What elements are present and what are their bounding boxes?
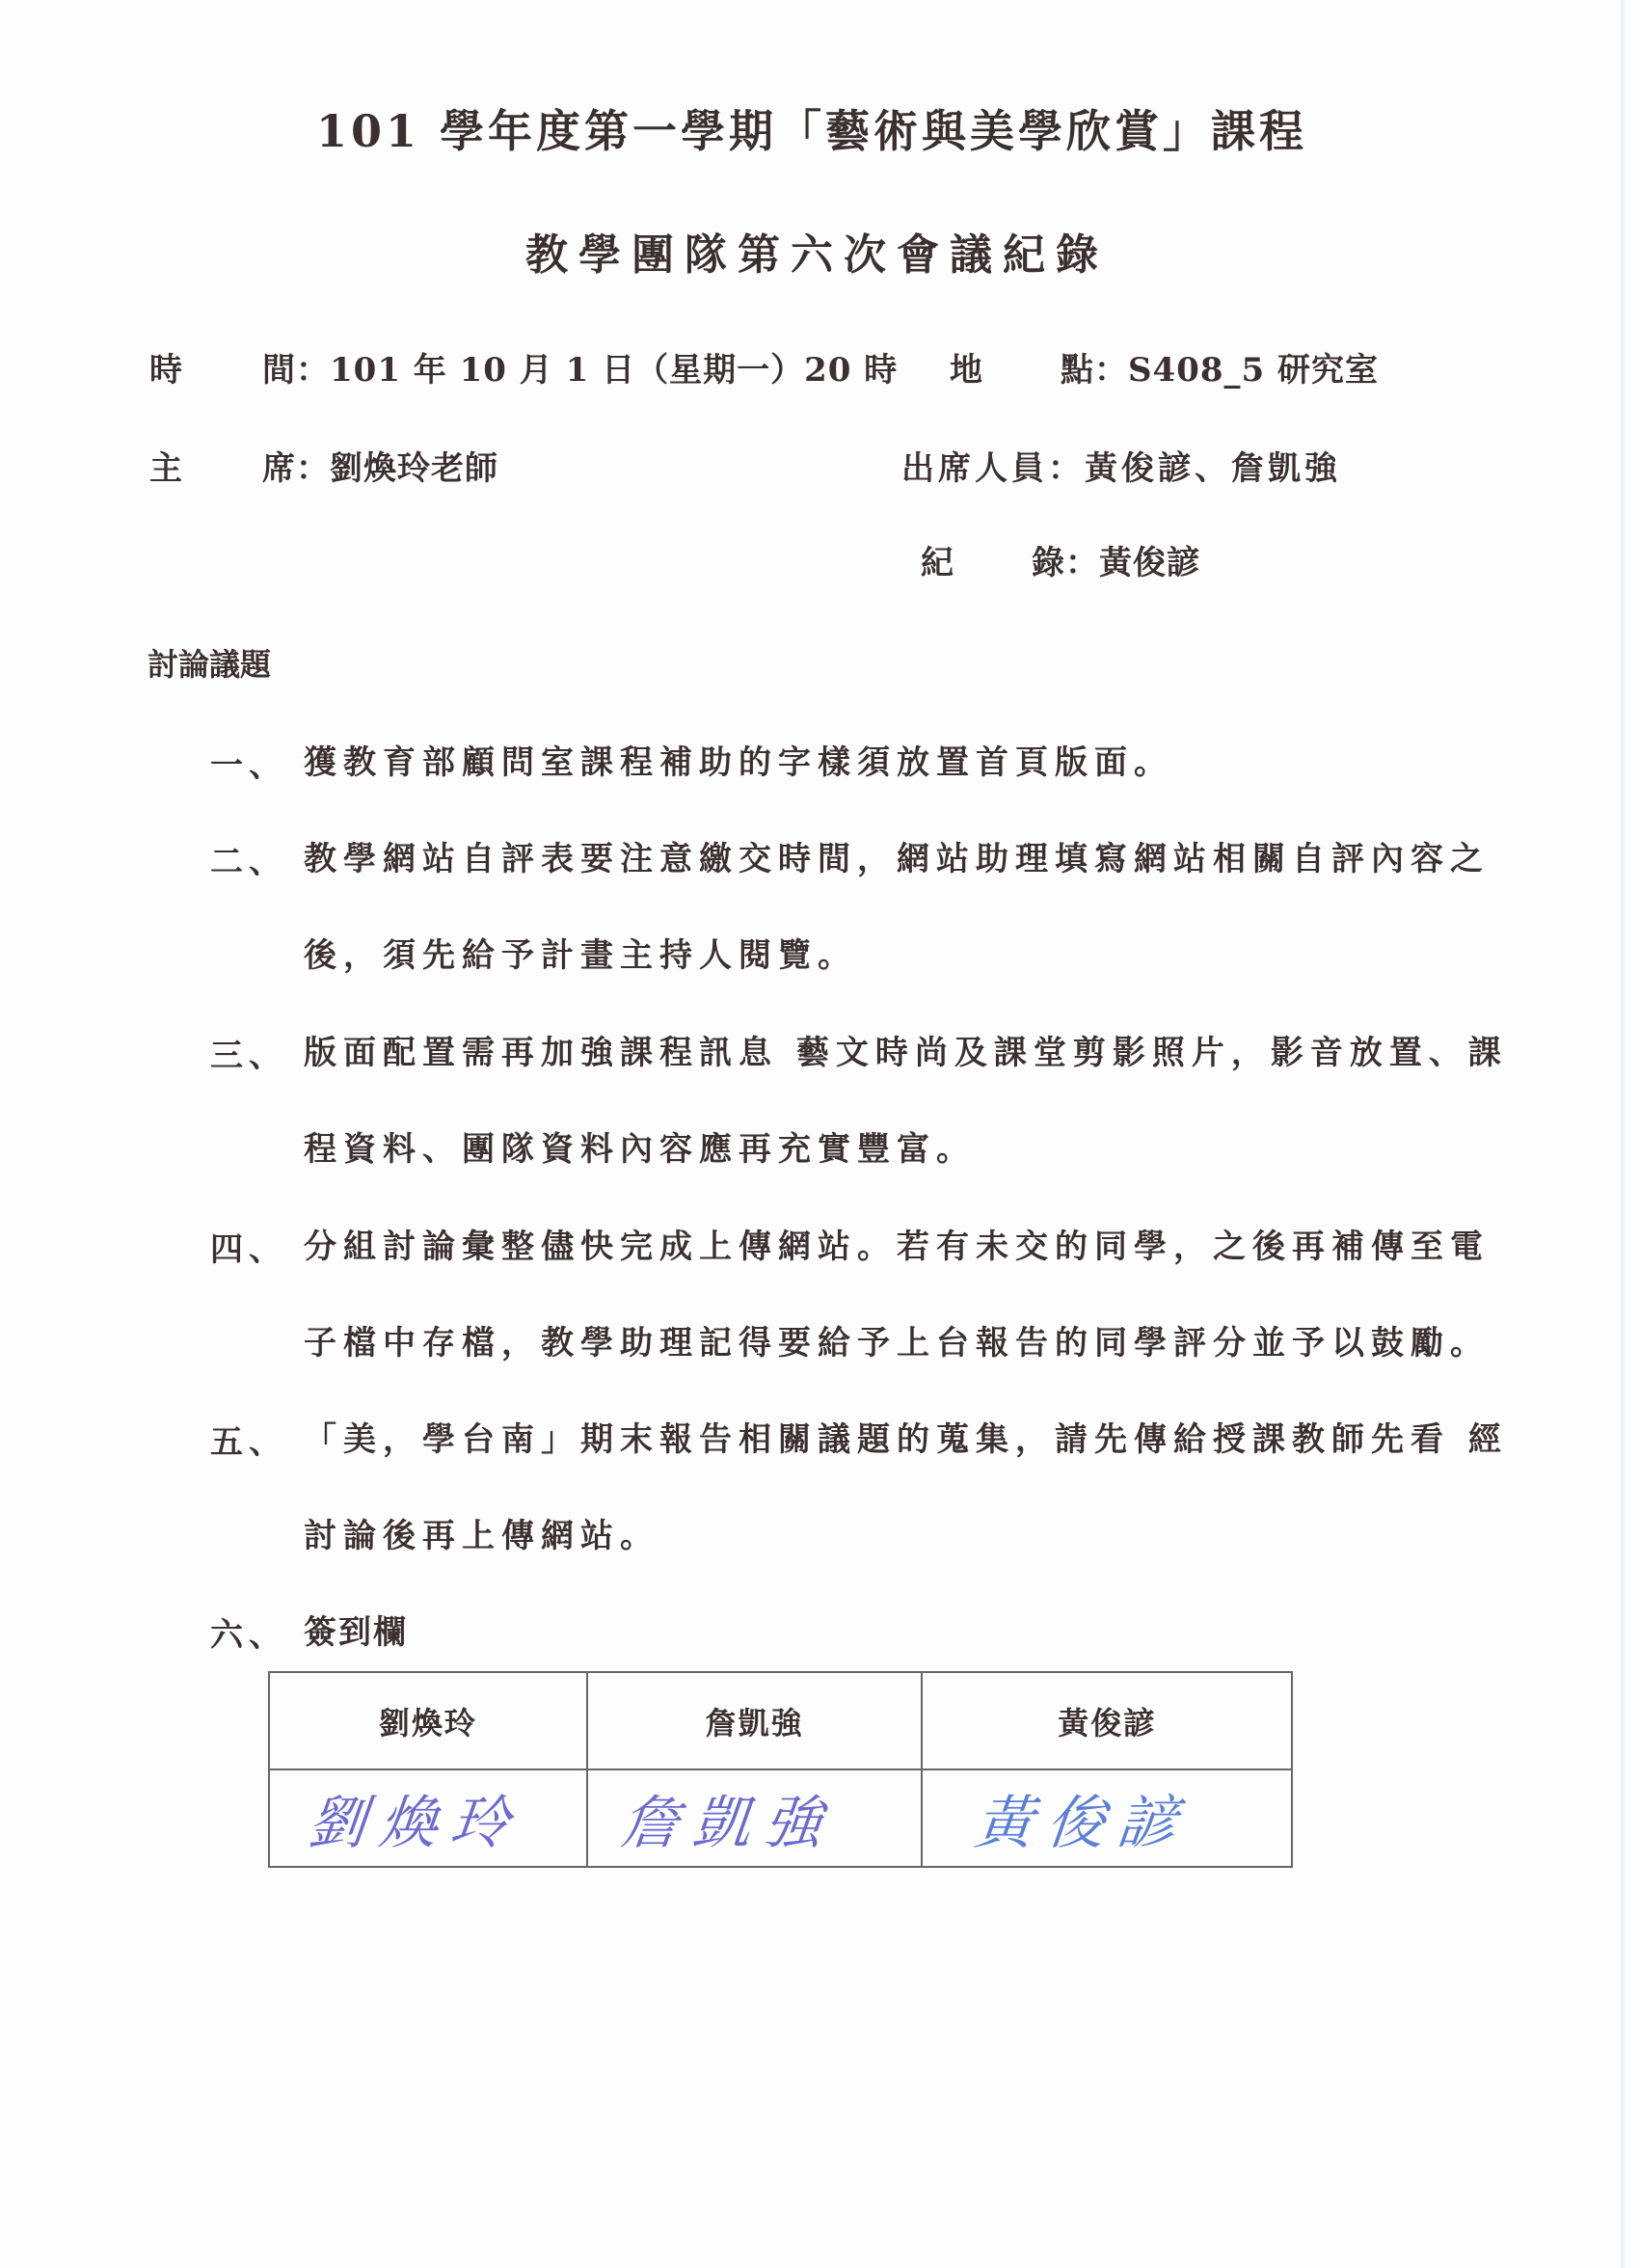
document-subtitle: 教學團隊第六次會議紀錄 (525, 220, 1109, 282)
item-number: 一、 (210, 739, 287, 786)
item-number: 三、 (210, 1029, 287, 1076)
item-text: 教學網站自評表要注意繳交時間，網站助理填寫網站相關自評內容之 後，須先給予計畫主… (304, 835, 1490, 1028)
handwritten-signature: 詹凱強 (617, 1777, 840, 1860)
item-text: 分組討論彙整儘快完成上傳網站。若有未交的同學，之後再補傳至電 子檔中存檔，教學助… (304, 1223, 1490, 1416)
chair-label-char-1: 主 (149, 442, 183, 489)
chair-label-char-2: 席：劉煥玲老師 (262, 442, 498, 489)
place-value: S408_5 研究室 (1128, 351, 1379, 390)
signin-table: 劉煥玲 詹凱強 黃俊諺 劉煥玲 詹凱強 黃俊諺 (268, 1671, 1293, 1868)
item-number: 四、 (210, 1223, 287, 1270)
recorder-value: 黃俊諺 (1099, 544, 1200, 582)
signature-cell: 劉煥玲 (269, 1769, 587, 1867)
signin-table-signature-row: 劉煥玲 詹凱強 黃俊諺 (269, 1769, 1292, 1867)
item-text: 獲教育部顧問室課程補助的字樣須放置首頁版面。 (304, 739, 1173, 835)
meta-place: 地 點：S408_5 研究室 (950, 343, 1528, 386)
item-text: 版面配置需再加強課程訊息 藝文時尚及課堂剪影照片，影音放置、課 程資料、團隊資料… (304, 1029, 1508, 1222)
meta-time: 時 間：101 年 10 月 1 日（星期一）20 時 (149, 343, 921, 386)
document-title: 101 學年度第一學期「藝術與美學欣賞」課程 (316, 96, 1307, 160)
time-label-char-2: 間：101 年 10 月 1 日（星期一）20 時 (262, 343, 898, 391)
time-label-char-1: 時 (149, 343, 183, 391)
handwritten-signature: 黃俊諺 (972, 1777, 1195, 1860)
handwritten-signature: 劉煥玲 (304, 1777, 526, 1860)
item-number: 五、 (210, 1416, 287, 1463)
signin-table-header-row: 劉煥玲 詹凱強 黃俊諺 (269, 1672, 1292, 1769)
item-text: 「美，學台南」期末報告相關議題的蒐集，請先傳給授課教師先看 經 討論後再上傳網站… (304, 1416, 1508, 1608)
signature-cell: 詹凱強 (587, 1769, 923, 1867)
signature-cell: 黃俊諺 (922, 1769, 1292, 1867)
meta-attendees: 出席人員：黃俊諺、詹凱強 (901, 442, 1341, 489)
item-number: 二、 (210, 835, 287, 882)
time-value: 101 年 10 月 1 日（星期一）20 時 (330, 351, 898, 390)
meta-recorder: 紀 錄：黃俊諺 (921, 536, 1499, 579)
place-label-char-1: 地 (950, 343, 983, 391)
discussion-heading: 討論議題 (148, 640, 271, 685)
signin-header-cell: 詹凱強 (587, 1672, 923, 1769)
item-number: 六、 (210, 1608, 287, 1656)
scan-page-edge (1621, 0, 1625, 2268)
chair-value: 劉煥玲老師 (330, 449, 498, 488)
meta-chair: 主 席：劉煥玲老師 (149, 442, 824, 484)
recorder-label-char-2: 錄：黃俊諺 (1032, 536, 1200, 583)
recorder-label-char-1: 紀 (921, 536, 954, 583)
place-label-char-2: 點：S408_5 研究室 (1061, 343, 1379, 391)
signin-header-cell: 黃俊諺 (922, 1672, 1292, 1769)
attendees-value: 黃俊諺、詹凱強 (1085, 449, 1341, 488)
signin-header-cell: 劉煥玲 (269, 1672, 587, 1769)
attendees-label: 出席人員： (901, 449, 1085, 488)
